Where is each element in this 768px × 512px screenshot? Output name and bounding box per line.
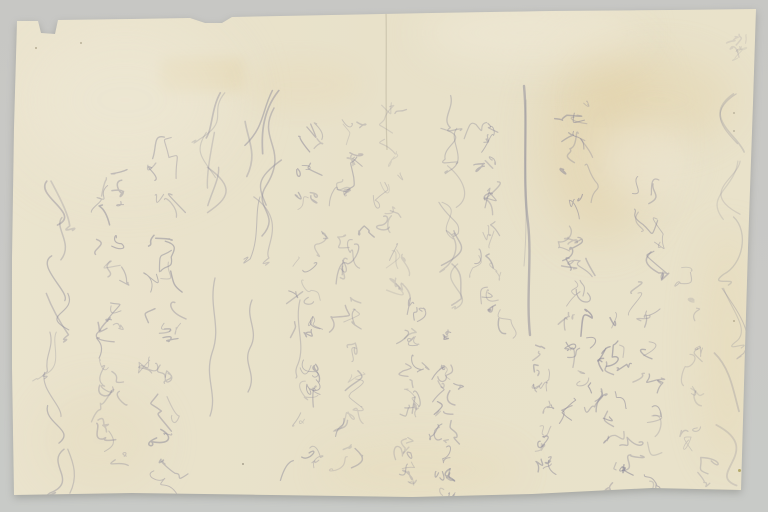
ink-stroke xyxy=(536,459,543,472)
ink-stroke xyxy=(410,481,414,485)
ink-stroke xyxy=(555,115,582,120)
ink-stroke xyxy=(720,94,744,152)
ink-stroke xyxy=(311,196,317,203)
ink-stroke xyxy=(469,256,481,278)
ink-stroke xyxy=(379,106,393,133)
ink-stroke xyxy=(171,302,186,319)
ink-stroke xyxy=(117,202,124,206)
ink-stroke xyxy=(483,226,491,240)
ink-stroke xyxy=(732,49,742,60)
ink-stroke xyxy=(380,182,389,193)
ink-stroke xyxy=(644,315,646,327)
ink-stroke xyxy=(293,257,299,266)
calligraphy-column xyxy=(192,93,226,213)
ink-stroke xyxy=(567,281,581,306)
ink-stroke xyxy=(716,425,736,486)
ink-stroke xyxy=(104,261,120,268)
ink-stroke xyxy=(117,391,127,405)
ink-stroke xyxy=(303,263,317,272)
ink-stroke xyxy=(99,385,112,396)
ink-stroke xyxy=(414,308,418,321)
ink-stroke xyxy=(481,287,488,304)
ink-stroke xyxy=(440,231,456,272)
ink-stroke xyxy=(719,217,743,285)
ink-stroke xyxy=(464,123,487,139)
ink-stroke xyxy=(105,431,114,451)
ink-stroke xyxy=(330,305,350,332)
ink-stroke xyxy=(287,292,303,304)
long-brush-strokes xyxy=(209,86,530,416)
ink-stroke xyxy=(489,157,495,165)
calligraphy-column xyxy=(620,177,669,497)
ink-stroke xyxy=(434,425,441,440)
ink-stroke xyxy=(649,184,656,204)
calligraphy-column xyxy=(439,96,465,309)
ink-stroke xyxy=(351,298,361,303)
ink-stroke xyxy=(155,194,163,202)
ink-stroke xyxy=(545,460,556,474)
ink-stroke xyxy=(612,312,617,328)
ink-stroke xyxy=(581,309,592,336)
ink-stroke xyxy=(412,355,424,372)
ink-stroke xyxy=(681,354,695,385)
ink-stroke xyxy=(647,374,663,393)
ink-stroke xyxy=(307,124,316,137)
ink-stroke xyxy=(571,117,587,123)
ink-stroke xyxy=(447,391,455,405)
ink-stroke xyxy=(536,345,545,348)
ink-stroke xyxy=(444,440,448,443)
ink-stroke xyxy=(533,352,540,361)
ink-stroke xyxy=(489,305,496,311)
ink-stroke xyxy=(488,307,493,312)
ink-stroke xyxy=(647,416,661,423)
ink-stroke xyxy=(454,384,464,390)
ink-stroke xyxy=(408,337,418,346)
ink-stroke xyxy=(46,293,68,342)
ink-stroke xyxy=(546,369,549,391)
ink-stroke xyxy=(113,323,123,329)
ink-stroke xyxy=(280,461,293,481)
ink-stroke xyxy=(407,298,414,314)
calligraphy-column xyxy=(429,330,468,498)
calligraphy-column xyxy=(585,312,634,498)
ink-stroke xyxy=(107,261,111,277)
ink-stroke xyxy=(441,128,458,164)
ink-stroke xyxy=(322,232,328,239)
ink-stroke xyxy=(207,132,214,188)
ink-stroke xyxy=(338,235,349,248)
ink-stroke xyxy=(159,459,163,462)
ink-stroke xyxy=(60,218,66,260)
ink-stroke xyxy=(377,216,390,230)
ink-stroke xyxy=(578,194,583,201)
ink-stroke xyxy=(359,226,375,237)
ink-stroke xyxy=(443,335,448,339)
ink-stroke xyxy=(568,348,580,357)
ink-stroke xyxy=(573,113,584,122)
ink-stroke xyxy=(445,469,454,481)
calligraphy-column xyxy=(33,181,75,496)
ink-stroke xyxy=(608,432,624,440)
ink-stroke xyxy=(402,462,414,469)
ink-stroke xyxy=(566,258,571,270)
ink-stroke xyxy=(569,199,579,219)
foxing-speck xyxy=(242,463,244,465)
ink-stroke xyxy=(51,181,75,230)
ink-stroke xyxy=(647,251,667,279)
ink-stroke xyxy=(312,388,320,394)
ink-stroke xyxy=(449,495,468,498)
ink-stroke xyxy=(153,137,165,159)
ink-stroke xyxy=(244,197,260,263)
ink-stroke xyxy=(443,446,451,463)
ink-stroke xyxy=(436,411,441,416)
ink-stroke xyxy=(44,372,61,416)
ink-stroke xyxy=(353,157,363,166)
ink-stroke xyxy=(568,260,592,277)
ink-stroke xyxy=(164,138,177,179)
ink-stroke xyxy=(652,406,661,417)
ink-stroke xyxy=(164,433,172,435)
foxing-speck xyxy=(35,47,37,49)
ink-stroke xyxy=(565,342,576,350)
calligraphy-column xyxy=(394,298,429,485)
ink-stroke xyxy=(559,406,572,424)
ink-stroke xyxy=(342,258,347,275)
ink-stroke xyxy=(308,163,322,175)
ink-stroke xyxy=(206,93,220,138)
ink-stroke xyxy=(422,363,429,370)
ink-stroke xyxy=(111,306,121,313)
ink-stroke xyxy=(292,413,300,426)
ink-stroke xyxy=(451,264,463,309)
ink-stroke xyxy=(607,341,619,366)
ink-stroke xyxy=(304,330,312,337)
ink-stroke xyxy=(46,449,64,496)
ink-stroke xyxy=(343,124,350,145)
ink-stroke xyxy=(171,271,182,292)
manuscript-paper-wrapper xyxy=(12,8,758,498)
ink-stroke xyxy=(486,290,498,301)
ink-stroke xyxy=(313,364,320,381)
ink-stroke xyxy=(602,348,606,353)
ink-stroke xyxy=(485,188,490,208)
ink-stroke xyxy=(150,471,177,495)
ink-stroke xyxy=(440,472,444,480)
ink-stroke xyxy=(161,323,170,331)
ink-stroke xyxy=(302,280,321,300)
ink-stroke xyxy=(680,430,688,436)
ink-stroke xyxy=(435,472,439,478)
ink-stroke xyxy=(352,348,356,362)
ink-stroke xyxy=(433,387,444,402)
ink-stroke xyxy=(491,222,500,236)
ink-stroke xyxy=(440,366,450,380)
ink-stroke xyxy=(543,401,550,413)
ink-stroke xyxy=(395,110,407,114)
ink-stroke xyxy=(68,449,75,493)
ink-stroke xyxy=(262,91,279,154)
ink-stroke xyxy=(417,308,425,321)
ink-stroke xyxy=(573,131,584,149)
calligraphy-column xyxy=(727,34,747,60)
calligraphy-column xyxy=(675,267,718,486)
ink-stroke xyxy=(300,381,318,400)
paper-stain xyxy=(320,440,520,500)
ink-stroke xyxy=(635,209,658,233)
paper-stain xyxy=(40,390,160,490)
ink-stroke xyxy=(562,133,574,142)
ink-stroke xyxy=(576,289,590,302)
ink-stroke xyxy=(439,202,459,236)
ink-stroke xyxy=(602,483,612,496)
ink-stroke xyxy=(161,262,171,279)
paper-stain xyxy=(585,55,735,145)
ink-stroke xyxy=(335,420,348,430)
ink-stroke xyxy=(337,180,351,190)
ink-stroke xyxy=(448,166,465,208)
calligraphy-column xyxy=(532,345,556,474)
ink-stroke xyxy=(95,239,101,254)
ink-stroke xyxy=(106,303,120,321)
ink-stroke xyxy=(598,347,610,362)
ink-stroke xyxy=(345,157,357,191)
ink-stroke xyxy=(724,288,745,348)
ink-stroke xyxy=(563,239,583,260)
ink-stroke xyxy=(596,394,607,412)
ink-stroke xyxy=(348,373,365,383)
paper-stain xyxy=(20,20,230,180)
ink-stroke xyxy=(746,35,747,44)
ink-stroke xyxy=(340,266,344,279)
ink-stroke xyxy=(715,353,740,411)
ink-stroke xyxy=(682,267,692,271)
ink-stroke xyxy=(588,383,591,393)
ink-stroke xyxy=(641,349,652,358)
ink-stroke xyxy=(447,469,455,480)
ink-stroke xyxy=(352,309,361,329)
ink-stroke xyxy=(399,364,411,377)
ink-stroke xyxy=(407,452,412,458)
ink-stroke xyxy=(100,359,109,370)
ink-stroke xyxy=(432,367,444,379)
ink-stroke xyxy=(524,100,526,266)
ink-stroke xyxy=(720,94,737,144)
ink-stroke xyxy=(450,421,459,444)
ink-stroke xyxy=(165,199,177,218)
ink-stroke xyxy=(386,250,400,268)
ink-stroke xyxy=(315,233,327,257)
ink-stroke xyxy=(620,437,643,445)
ink-stroke xyxy=(441,365,444,370)
ink-stroke xyxy=(408,480,416,483)
ink-stroke xyxy=(92,389,114,421)
ink-stroke xyxy=(47,256,65,301)
ink-stroke xyxy=(587,337,596,348)
ink-stroke xyxy=(604,411,613,426)
paper-stain xyxy=(600,120,690,200)
ink-stroke xyxy=(604,492,612,498)
ink-stroke xyxy=(482,293,492,298)
ink-stroke xyxy=(445,128,458,173)
ink-stroke xyxy=(737,47,746,53)
paper-stain xyxy=(160,58,245,92)
ink-stroke xyxy=(584,101,589,106)
paper-stain xyxy=(700,230,755,470)
calligraphy-column xyxy=(373,103,410,298)
ink-stroke xyxy=(260,160,281,205)
ink-stroke xyxy=(388,152,397,167)
ink-stroke xyxy=(490,263,501,280)
ink-stroke xyxy=(387,288,404,295)
ink-stroke xyxy=(149,429,169,445)
ink-stroke xyxy=(694,391,701,406)
ink-stroke xyxy=(148,167,156,181)
ink-stroke xyxy=(730,47,739,58)
ink-stroke xyxy=(485,193,497,201)
ink-stroke xyxy=(161,241,175,271)
ink-stroke xyxy=(310,446,323,467)
calligraphy-column xyxy=(138,137,188,495)
ink-stroke xyxy=(691,387,695,396)
ink-stroke xyxy=(717,161,738,219)
ink-stroke xyxy=(736,47,740,52)
ink-stroke xyxy=(534,365,538,372)
ink-stroke xyxy=(444,336,448,338)
ink-stroke xyxy=(209,278,215,416)
ink-stroke xyxy=(262,108,275,236)
ink-stroke xyxy=(385,207,395,214)
ink-stroke xyxy=(636,212,644,231)
ink-stroke xyxy=(532,384,538,392)
ink-stroke xyxy=(675,272,692,286)
ink-stroke xyxy=(314,123,322,140)
ink-stroke xyxy=(312,460,319,463)
ink-stroke xyxy=(694,308,700,321)
ink-stroke xyxy=(159,250,171,271)
ink-stroke xyxy=(390,244,398,261)
ink-stroke xyxy=(112,236,124,249)
ink-stroke xyxy=(162,462,188,479)
ink-stroke xyxy=(151,394,172,431)
ink-stroke xyxy=(314,139,323,149)
ink-stroke xyxy=(96,328,114,342)
ink-stroke xyxy=(159,329,170,333)
ink-stroke xyxy=(405,329,417,339)
ink-stroke xyxy=(167,397,179,423)
ink-stroke xyxy=(693,427,701,431)
ink-stroke xyxy=(535,443,545,451)
ink-stroke xyxy=(296,300,301,378)
ink-stroke xyxy=(403,470,413,479)
ink-stroke xyxy=(401,439,409,453)
ink-stroke xyxy=(98,418,108,431)
ink-stroke xyxy=(438,365,453,382)
ink-stroke xyxy=(298,197,308,210)
ink-stroke xyxy=(144,273,159,292)
ink-stroke xyxy=(310,193,317,198)
ink-stroke xyxy=(560,168,566,174)
ink-stroke xyxy=(644,342,656,356)
ink-stroke xyxy=(562,398,576,420)
ink-stroke xyxy=(111,460,128,466)
ink-stroke xyxy=(537,370,539,375)
ink-stroke xyxy=(575,237,581,242)
ink-stroke xyxy=(646,252,668,280)
ink-stroke xyxy=(617,363,631,370)
calligraphy-column xyxy=(280,123,327,481)
ink-stroke xyxy=(357,122,366,128)
ink-stroke xyxy=(57,293,70,330)
ink-stroke xyxy=(138,357,149,373)
ink-stroke xyxy=(429,424,442,440)
ink-stroke xyxy=(648,442,662,455)
ink-stroke xyxy=(400,405,409,416)
ink-stroke xyxy=(482,126,495,152)
ink-stroke xyxy=(138,363,157,373)
ink-stroke xyxy=(647,481,654,496)
ink-stroke xyxy=(558,226,571,251)
ink-stroke xyxy=(722,288,747,359)
ink-stroke xyxy=(446,493,450,498)
ink-stroke xyxy=(157,365,165,377)
ink-stroke xyxy=(595,389,602,402)
ink-stroke xyxy=(694,348,702,362)
ink-stroke xyxy=(604,437,609,443)
ink-stroke xyxy=(585,391,603,412)
ink-stroke xyxy=(631,282,642,293)
ink-stroke xyxy=(313,386,316,407)
ink-stroke xyxy=(149,235,154,246)
ink-stroke xyxy=(615,392,626,409)
ink-stroke xyxy=(302,166,310,170)
ink-stroke xyxy=(408,404,416,410)
ink-stroke xyxy=(380,139,396,154)
ink-stroke xyxy=(484,193,492,200)
ink-stroke xyxy=(548,457,551,463)
foxing-speck xyxy=(733,130,735,132)
ink-stroke xyxy=(123,453,126,457)
ink-stroke xyxy=(147,163,155,170)
ink-bleedthrough-layer xyxy=(12,8,758,498)
ink-stroke xyxy=(396,284,403,290)
ink-stroke xyxy=(342,120,352,127)
ink-stroke xyxy=(100,366,114,393)
ink-stroke xyxy=(412,397,415,413)
ink-stroke xyxy=(299,136,310,152)
ink-stroke xyxy=(658,378,665,383)
ink-stroke xyxy=(394,446,404,459)
ink-stroke xyxy=(299,419,304,423)
ink-stroke xyxy=(329,187,349,206)
ink-stroke xyxy=(175,323,181,334)
ink-stroke xyxy=(401,283,410,297)
ink-stroke xyxy=(489,231,494,248)
ink-stroke xyxy=(168,194,185,213)
ink-stroke xyxy=(695,346,703,356)
ink-stroke xyxy=(572,315,574,319)
ink-stroke xyxy=(580,139,592,158)
ink-stroke xyxy=(289,291,298,298)
foxing-speck xyxy=(80,42,82,44)
ink-stroke xyxy=(633,373,644,382)
ink-stroke xyxy=(344,189,351,196)
ink-stroke xyxy=(401,254,409,275)
ink-stroke xyxy=(633,177,639,194)
ink-stroke xyxy=(586,258,595,275)
ink-stroke xyxy=(291,322,296,338)
